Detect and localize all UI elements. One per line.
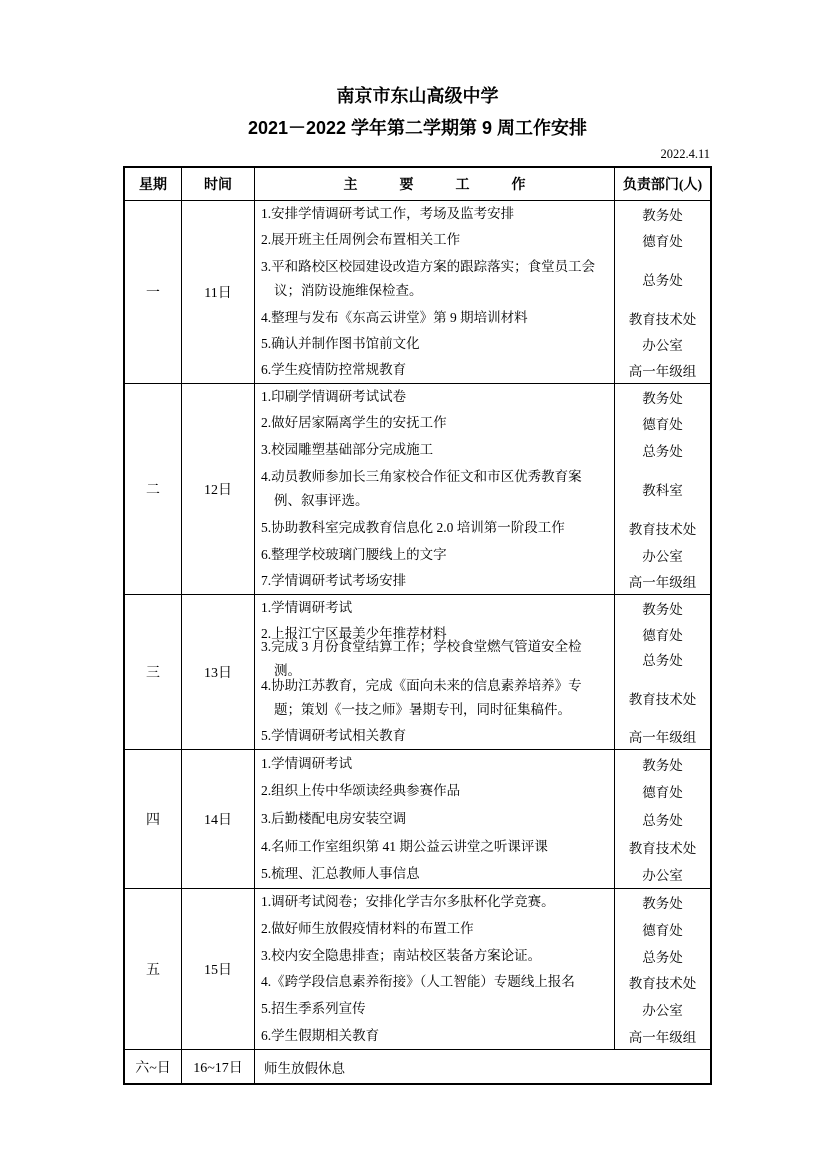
dept-label: 总务处 bbox=[614, 942, 710, 969]
day-row-thursday: 四 14日 1.学情调研考试教务处 2.组织上传中华颂读经典参赛作品德育处 3.… bbox=[125, 750, 710, 889]
work-item-row: 2.做好居家隔离学生的安抚工作德育处 bbox=[255, 410, 710, 436]
time-cell: 13日 bbox=[182, 595, 255, 749]
work-item-text: 3.校内安全隐患排查；南站校区装备方案论证。 bbox=[255, 944, 614, 968]
work-item-text: 5.梳理、汇总教师人事信息 bbox=[255, 862, 614, 886]
work-item-text: 1.安排学情调研考试工作，考场及监考安排 bbox=[255, 202, 614, 226]
work-item-text: 2.展开班主任周例会布置相关工作 bbox=[255, 228, 614, 252]
work-item-text: 4.动员教师参加长三角家校合作征文和市区优秀教育案例、叙事评选。 bbox=[255, 465, 614, 513]
work-item-row: 4.《跨学段信息素养衔接》（人工智能）专题线上报名教育技术处 bbox=[255, 969, 710, 996]
work-item-row: 3.校内安全隐患排查；南站校区装备方案论证。总务处 bbox=[255, 942, 710, 969]
work-item-row: 6.学生假期相关教育高一年级组 bbox=[255, 1022, 710, 1049]
time-cell: 11日 bbox=[182, 201, 255, 383]
dept-label: 办公室 bbox=[614, 331, 710, 357]
work-item-text: 3.后勤楼配电房安装空调 bbox=[255, 807, 614, 831]
dept-label: 高一年级组 bbox=[614, 568, 710, 594]
dept-label: 德育处 bbox=[614, 621, 710, 647]
work-item-text: 1.印刷学情调研考试试卷 bbox=[255, 385, 614, 409]
work-item-row: 1.学情调研考试教务处 bbox=[255, 750, 710, 778]
time-cell: 12日 bbox=[182, 384, 255, 594]
work-item-text: 4.《跨学段信息素养衔接》（人工智能）专题线上报名 bbox=[255, 970, 614, 994]
dept-label: 总务处 bbox=[614, 253, 710, 305]
work-item-text: 7.学情调研考试考场安排 bbox=[255, 569, 614, 593]
header-day: 星期 bbox=[125, 168, 182, 200]
work-item-row: 1.印刷学情调研考试试卷教务处 bbox=[255, 384, 710, 410]
work-item-row: 4.动员教师参加长三角家校合作征文和市区优秀教育案例、叙事评选。教科室 bbox=[255, 463, 710, 516]
day-row-wednesday: 三 13日 1.学情调研考试教务处 2.上报江宁区最美少年推荐材料德育处 3.完… bbox=[125, 595, 710, 750]
day-cell: 五 bbox=[125, 889, 182, 1049]
doc-date: 2022.4.11 bbox=[123, 147, 712, 162]
dept-label: 教务处 bbox=[614, 384, 710, 410]
day-cell: 六~日 bbox=[125, 1050, 182, 1083]
day-cell: 一 bbox=[125, 201, 182, 383]
work-items: 1.学情调研考试教务处 2.组织上传中华颂读经典参赛作品德育处 3.后勤楼配电房… bbox=[255, 750, 710, 888]
work-item-row: 4.整理与发布《东高云讲堂》第 9 期培训材料教育技术处 bbox=[255, 305, 710, 331]
work-item-text: 2.做好师生放假疫情材料的布置工作 bbox=[255, 917, 614, 941]
work-item-text: 4.整理与发布《东高云讲堂》第 9 期培训材料 bbox=[255, 306, 614, 330]
work-item-text: 4.协助江苏教育，完成《面向未来的信息素养培养》专题；策划《一技之师》暑期专刊，… bbox=[255, 674, 614, 722]
work-item-row: 7.学情调研考试考场安排高一年级组 bbox=[255, 568, 710, 594]
doc-title: 南京市东山高级中学 bbox=[123, 86, 712, 106]
dept-label: 高一年级组 bbox=[614, 723, 710, 749]
document-page: 南京市东山高级中学 2021－2022 学年第二学期第 9 周工作安排 2022… bbox=[0, 0, 827, 1170]
work-item-row: 2.做好师生放假疫情材料的布置工作德育处 bbox=[255, 916, 710, 943]
work-item-text: 4.名师工作室组织第 41 期公益云讲堂之听课评课 bbox=[255, 835, 614, 859]
day-row-weekend: 六~日 16~17日 师生放假休息 bbox=[125, 1050, 710, 1083]
doc-subtitle: 2021－2022 学年第二学期第 9 周工作安排 bbox=[123, 118, 712, 138]
day-row-monday: 一 11日 1.安排学情调研考试工作，考场及监考安排教务处 2.展开班主任周例会… bbox=[125, 201, 710, 384]
work-item-row: 1.调研考试阅卷；安排化学吉尔多肽杯化学竞赛。教务处 bbox=[255, 889, 710, 916]
day-row-friday: 五 15日 1.调研考试阅卷；安排化学吉尔多肽杯化学竞赛。教务处 2.做好师生放… bbox=[125, 889, 710, 1050]
dept-label: 教务处 bbox=[614, 201, 710, 227]
work-item-row: 6.整理学校玻璃门腰线上的文字办公室 bbox=[255, 542, 710, 568]
work-item-text: 6.学生疫情防控常规教育 bbox=[255, 358, 614, 382]
work-item-text: 6.整理学校玻璃门腰线上的文字 bbox=[255, 543, 614, 567]
work-item-row: 5.学情调研考试相关教育高一年级组 bbox=[255, 723, 710, 749]
work-item-row: 4.名师工作室组织第 41 期公益云讲堂之听课评课教育技术处 bbox=[255, 833, 710, 861]
work-item-text: 6.学生假期相关教育 bbox=[255, 1024, 614, 1048]
dept-label: 德育处 bbox=[614, 778, 710, 806]
time-cell: 16~17日 bbox=[182, 1050, 255, 1083]
dept-label: 总务处 bbox=[614, 437, 710, 463]
dept-label: 教务处 bbox=[614, 750, 710, 778]
work-item-text: 3.校园雕塑基础部分完成施工 bbox=[255, 438, 614, 462]
dept-label: 教育技术处 bbox=[614, 833, 710, 861]
header-dept: 负责部门(人) bbox=[615, 168, 710, 200]
dept-label: 总务处 bbox=[614, 805, 710, 833]
work-item-row: 3.校园雕塑基础部分完成施工总务处 bbox=[255, 437, 710, 463]
work-items: 1.学情调研考试教务处 2.上报江宁区最美少年推荐材料德育处 3.完成 3 月份… bbox=[255, 595, 710, 749]
work-item-text: 1.学情调研考试 bbox=[255, 596, 614, 620]
work-item-text: 5.确认并制作图书馆前文化 bbox=[255, 332, 614, 356]
work-items: 1.安排学情调研考试工作，考场及监考安排教务处 2.展开班主任周例会布置相关工作… bbox=[255, 201, 710, 383]
work-item-row: 1.学情调研考试教务处 bbox=[255, 595, 710, 621]
dept-label: 办公室 bbox=[614, 542, 710, 568]
time-cell: 14日 bbox=[182, 750, 255, 888]
dept-label: 德育处 bbox=[614, 916, 710, 943]
schedule-table: 星期 时间 主 要 工 作 负责部门(人) 一 11日 1.安排学情调研考试工作… bbox=[123, 166, 712, 1085]
schedule-document: 南京市东山高级中学 2021－2022 学年第二学期第 9 周工作安排 2022… bbox=[123, 86, 712, 1085]
day-cell: 二 bbox=[125, 384, 182, 594]
dept-label: 德育处 bbox=[614, 410, 710, 436]
table-header-row: 星期 时间 主 要 工 作 负责部门(人) bbox=[125, 168, 710, 201]
header-time: 时间 bbox=[182, 168, 255, 200]
work-item-text: 2.做好居家隔离学生的安抚工作 bbox=[255, 411, 614, 435]
work-item-text: 5.招生季系列宣传 bbox=[255, 997, 614, 1021]
work-item-row: 3.完成 3 月份食堂结算工作；学校食堂燃气管道安全检测。总务处 bbox=[255, 646, 710, 672]
header-work: 主 要 工 作 bbox=[255, 168, 615, 200]
work-item-row: 3.后勤楼配电房安装空调总务处 bbox=[255, 805, 710, 833]
dept-label: 总务处 bbox=[614, 646, 710, 672]
time-cell: 15日 bbox=[182, 889, 255, 1049]
work-item-text: 1.学情调研考试 bbox=[255, 752, 614, 776]
work-item-row: 6.学生疫情防控常规教育高一年级组 bbox=[255, 357, 710, 383]
dept-label: 德育处 bbox=[614, 227, 710, 253]
weekend-note: 师生放假休息 bbox=[255, 1050, 710, 1083]
work-item-row: 5.协助教科室完成教育信息化 2.0 培训第一阶段工作教育技术处 bbox=[255, 515, 710, 541]
day-cell: 四 bbox=[125, 750, 182, 888]
work-item-text: 5.协助教科室完成教育信息化 2.0 培训第一阶段工作 bbox=[255, 516, 614, 540]
work-item-row: 5.招生季系列宣传办公室 bbox=[255, 996, 710, 1023]
work-item-row: 5.梳理、汇总教师人事信息办公室 bbox=[255, 860, 710, 888]
day-cell: 三 bbox=[125, 595, 182, 749]
dept-label: 教务处 bbox=[614, 595, 710, 621]
work-item-row: 1.安排学情调研考试工作，考场及监考安排教务处 bbox=[255, 201, 710, 227]
work-item-row: 2.组织上传中华颂读经典参赛作品德育处 bbox=[255, 778, 710, 806]
work-item-row: 2.展开班主任周例会布置相关工作德育处 bbox=[255, 227, 710, 253]
work-item-row: 5.确认并制作图书馆前文化办公室 bbox=[255, 331, 710, 357]
dept-label: 教科室 bbox=[614, 463, 710, 516]
work-item-text: 5.学情调研考试相关教育 bbox=[255, 724, 614, 748]
dept-label: 办公室 bbox=[614, 996, 710, 1023]
work-items: 1.印刷学情调研考试试卷教务处 2.做好居家隔离学生的安抚工作德育处 3.校园雕… bbox=[255, 384, 710, 594]
dept-label: 教育技术处 bbox=[614, 305, 710, 331]
work-item-row: 3.平和路校区校园建设改造方案的跟踪落实；食堂员工会议；消防设施维保检查。总务处 bbox=[255, 253, 710, 305]
dept-label: 教育技术处 bbox=[614, 672, 710, 723]
dept-label: 教育技术处 bbox=[614, 515, 710, 541]
dept-label: 教育技术处 bbox=[614, 969, 710, 996]
day-row-tuesday: 二 12日 1.印刷学情调研考试试卷教务处 2.做好居家隔离学生的安抚工作德育处… bbox=[125, 384, 710, 595]
work-item-text: 1.调研考试阅卷；安排化学吉尔多肽杯化学竞赛。 bbox=[255, 890, 614, 914]
dept-label: 教务处 bbox=[614, 889, 710, 916]
work-items: 1.调研考试阅卷；安排化学吉尔多肽杯化学竞赛。教务处 2.做好师生放假疫情材料的… bbox=[255, 889, 710, 1049]
work-item-text: 2.组织上传中华颂读经典参赛作品 bbox=[255, 779, 614, 803]
dept-label: 高一年级组 bbox=[614, 357, 710, 383]
dept-label: 高一年级组 bbox=[614, 1022, 710, 1049]
work-item-text: 3.平和路校区校园建设改造方案的跟踪落实；食堂员工会议；消防设施维保检查。 bbox=[255, 255, 614, 303]
work-item-row: 4.协助江苏教育，完成《面向未来的信息素养培养》专题；策划《一技之师》暑期专刊，… bbox=[255, 672, 710, 723]
dept-label: 办公室 bbox=[614, 860, 710, 888]
